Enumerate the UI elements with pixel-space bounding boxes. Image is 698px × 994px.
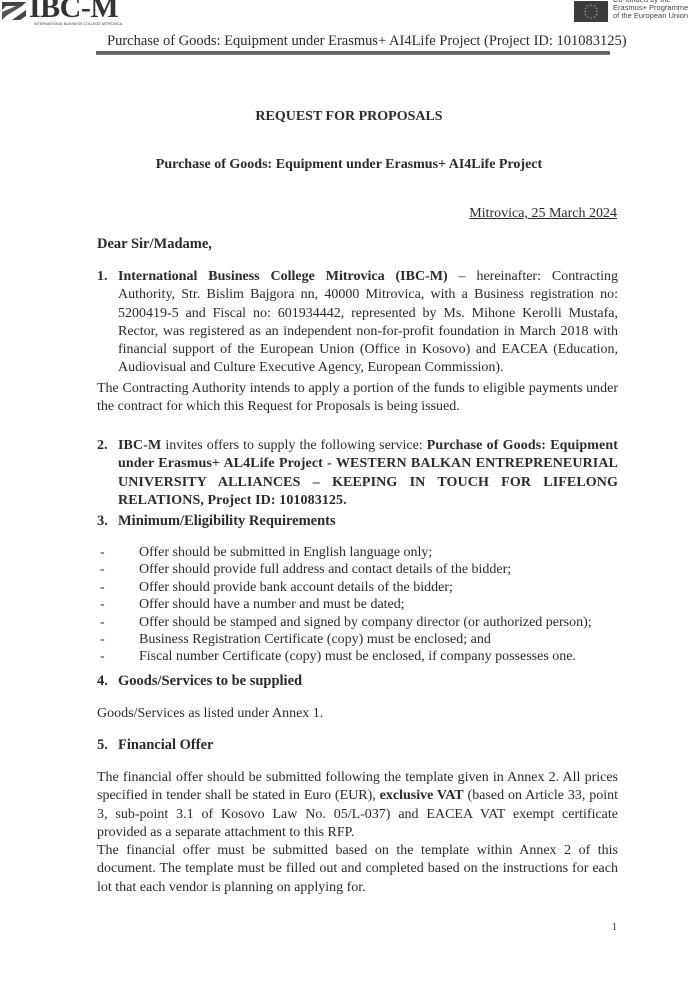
running-header: Purchase of Goods: Equipment under Erasm… bbox=[107, 33, 627, 50]
item-number: 1. bbox=[97, 268, 108, 286]
eu-label-line-3: of the European Union bbox=[613, 12, 688, 20]
contracting-authority-paragraph: The Contracting Authority intends to app… bbox=[97, 380, 618, 417]
list-item-text: Business Registration Certificate (copy)… bbox=[139, 631, 491, 648]
document-subtitle: Purchase of Goods: Equipment under Erasm… bbox=[0, 157, 698, 173]
section-3-heading: 3. Minimum/Eligibility Requirements bbox=[118, 513, 336, 530]
item-1-paragraph: 1. International Business College Mitrov… bbox=[118, 268, 618, 378]
section-heading-text: Minimum/Eligibility Requirements bbox=[118, 513, 336, 529]
document-date: Mitrovica, 25 March 2024 bbox=[469, 206, 617, 222]
section-number: 3. bbox=[97, 513, 108, 530]
section-5-heading: 5. Financial Offer bbox=[118, 737, 213, 754]
item-2-paragraph: 2. IBC-M invites offers to supply the fo… bbox=[118, 437, 618, 510]
section-heading-text: Goods/Services to be supplied bbox=[118, 673, 302, 689]
exclusive-vat-text: exclusive VAT bbox=[380, 788, 464, 803]
header-divider bbox=[96, 51, 610, 55]
list-item-text: Offer should have a number and must be d… bbox=[139, 596, 405, 613]
bullet-dash: - bbox=[100, 596, 105, 613]
list-item-text: Offer should be submitted in English lan… bbox=[139, 544, 432, 561]
item-1-bold: International Business College Mitrovica… bbox=[118, 269, 448, 284]
document-title: REQUEST FOR PROPOSALS bbox=[0, 109, 698, 125]
list-item-text: Offer should provide bank account detail… bbox=[139, 579, 453, 596]
section-number: 5. bbox=[97, 737, 108, 754]
bullet-dash: - bbox=[100, 579, 105, 596]
section-heading-text: Financial Offer bbox=[118, 737, 213, 753]
list-item-text: Offer should be stamped and signed by co… bbox=[139, 614, 592, 631]
section-number: 4. bbox=[97, 673, 108, 690]
section-4-heading: 4. Goods/Services to be supplied bbox=[118, 673, 302, 690]
logo-subtext: INTERNATIONAL BUSINESS COLLEGE MITROVICA bbox=[34, 22, 122, 26]
eu-flag-icon bbox=[574, 1, 608, 22]
ibc-m-logo: IBC-M INTERNATIONAL BUSINESS COLLEGE MIT… bbox=[2, 0, 122, 30]
list-item-text: Fiscal number Certificate (copy) must be… bbox=[139, 648, 576, 665]
item-number: 2. bbox=[97, 437, 108, 455]
bullet-dash: - bbox=[100, 631, 105, 648]
bullet-dash: - bbox=[100, 614, 105, 631]
eu-funding-label: Co-funded by the Erasmus+ Programme of t… bbox=[613, 0, 688, 21]
bullet-dash: - bbox=[100, 648, 105, 665]
bullet-dash: - bbox=[100, 544, 105, 561]
bullet-dash: - bbox=[100, 561, 105, 578]
financial-offer-paragraph: The financial offer should be submitted … bbox=[97, 769, 618, 897]
item-2-bold-lead: IBC-M bbox=[118, 438, 161, 453]
logo-text: IBC-M bbox=[29, 0, 118, 23]
goods-services-paragraph: Goods/Services as listed under Annex 1. bbox=[97, 705, 323, 723]
item-1-text: – hereinafter: Contracting Authority, St… bbox=[118, 269, 618, 375]
list-item-text: Offer should provide full address and co… bbox=[139, 561, 511, 578]
logo-mark-icon bbox=[2, 2, 28, 20]
item-2-text: invites offers to supply the following s… bbox=[161, 438, 426, 453]
page-number: 1 bbox=[612, 922, 617, 933]
financial-offer-text-3: The financial offer must be submitted ba… bbox=[97, 843, 618, 895]
greeting: Dear Sir/Madame, bbox=[97, 236, 212, 253]
